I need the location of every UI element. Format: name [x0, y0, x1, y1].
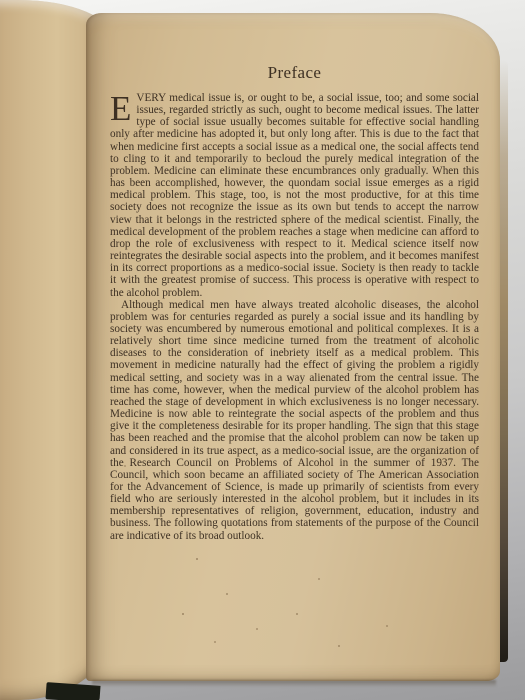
drop-cap: E: [110, 92, 136, 124]
book-page: Preface EVERY medical issue is, or ought…: [86, 13, 500, 681]
page-title: Preface: [110, 63, 479, 83]
paragraph-1: EVERY medical issue is, or ought to be, …: [110, 92, 479, 299]
paragraph-2: Although medical men have always treated…: [110, 299, 479, 542]
paper-specks: [86, 13, 88, 15]
page-text-block: Preface EVERY medical issue is, or ought…: [110, 63, 479, 542]
paragraph-1-text: VERY medical issue is, or ought to be, a…: [110, 92, 479, 299]
page-drop-shadow: [92, 680, 496, 687]
book-photo: Preface EVERY medical issue is, or ought…: [0, 0, 525, 700]
